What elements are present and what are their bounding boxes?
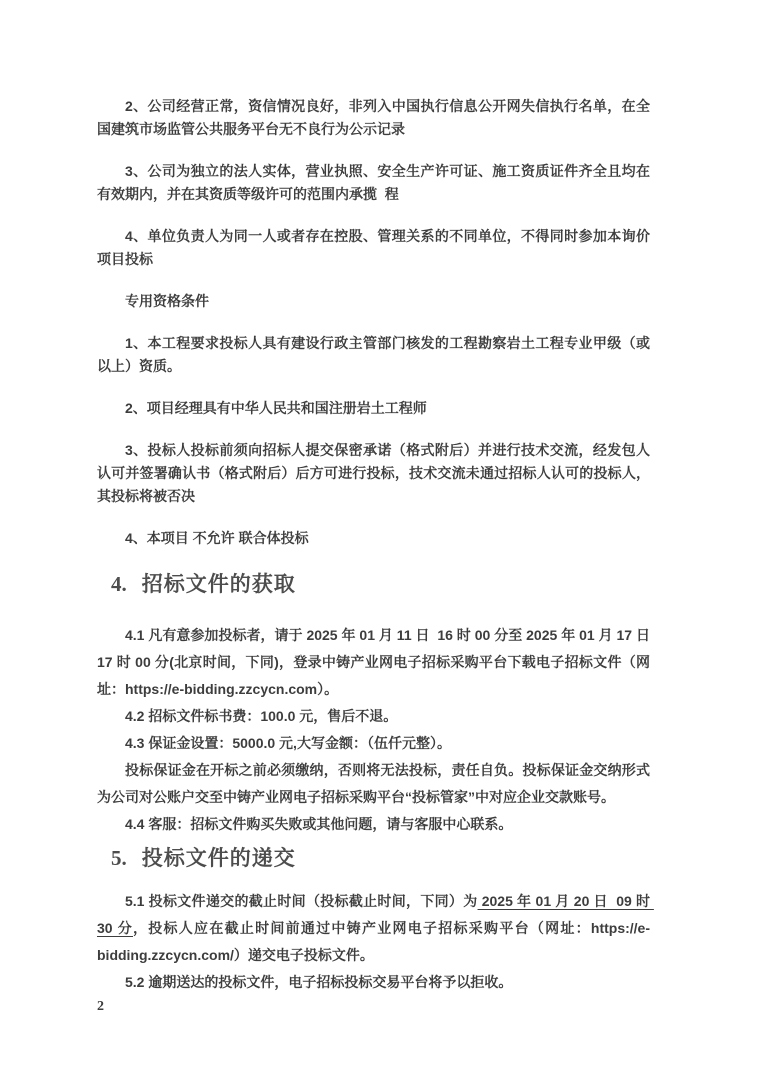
paragraph-5-2: 5.2 逾期送达的投标文件，电子招标投标交易平台将予以拒收。 xyxy=(97,969,650,996)
paragraph-4-2: 4.2 招标文件标书费：100.0 元，售后不退。 xyxy=(97,703,650,730)
paragraph-general-qualification-2: 2、公司经营正常，资信情况良好，非列入中国执行信息公开网失信执行名单，在全国建筑… xyxy=(97,95,650,141)
paragraph-4-1: 4.1 凡有意参加投标者，请于 2025 年 01 月 11 日 16 时 00… xyxy=(97,622,650,703)
section-5-heading: 5.投标文件的递交 xyxy=(97,843,650,873)
section-4-heading-title: 招标文件的获取 xyxy=(142,572,296,596)
paragraph-special-qualification-2: 2、项目经理具有中华人民共和国注册岩土工程师 xyxy=(97,397,650,420)
section-5-heading-number: 5. xyxy=(111,846,127,870)
paragraph-general-qualification-4: 4、单位负责人为同一人或者存在控股、管理关系的不同单位，不得同时参加本询价项目投… xyxy=(97,225,650,271)
paragraph-4-3: 4.3 保证金设置：5000.0 元,大写金额：（伍仟元整）。 xyxy=(97,730,650,757)
document-page: 2、公司经营正常，资信情况良好，非列入中国执行信息公开网失信执行名单，在全国建筑… xyxy=(0,0,760,1075)
paragraph-special-qualification-3: 3、投标人投标前须向招标人提交保密承诺（格式附后）并进行技术交流，经发包人认可并… xyxy=(97,439,650,508)
section-5-heading-title: 投标文件的递交 xyxy=(142,846,296,870)
paragraph-4-4: 4.4 客服：招标文件购买失败或其他问题，请与客服中心联系。 xyxy=(97,811,650,838)
paragraph-5-1-prefix: 5.1 投标文件递交的截止时间（投标截止时间，下同）为 xyxy=(125,893,478,909)
section-4-heading: 4.招标文件的获取 xyxy=(97,569,650,599)
paragraph-5-1-suffix: ，投标人应在截止时间前通过中铸产业网电子招标采购平台（网址：https://e-… xyxy=(97,920,650,963)
section-4-heading-number: 4. xyxy=(111,572,127,596)
paragraph-5-1: 5.1 投标文件递交的截止时间（投标截止时间，下同）为 2025 年 01 月 … xyxy=(97,888,650,969)
page-number: 2 xyxy=(97,999,650,1015)
paragraph-general-qualification-3: 3、公司为独立的法人实体，营业执照、安全生产许可证、施工资质证件齐全且均在有效期… xyxy=(97,160,650,206)
paragraph-special-qualification-1: 1、本工程要求投标人具有建设行政主管部门核发的工程勘察岩土工程专业甲级（或以上）… xyxy=(97,332,650,378)
special-qualification-label: 专用资格条件 xyxy=(97,290,650,313)
paragraph-special-qualification-4: 4、本项目 不允许 联合体投标 xyxy=(97,527,650,550)
paragraph-4-deposit: 投标保证金在开标之前必须缴纳，否则将无法投标，责任自负。投标保证金交纳形式为公司… xyxy=(97,757,650,811)
